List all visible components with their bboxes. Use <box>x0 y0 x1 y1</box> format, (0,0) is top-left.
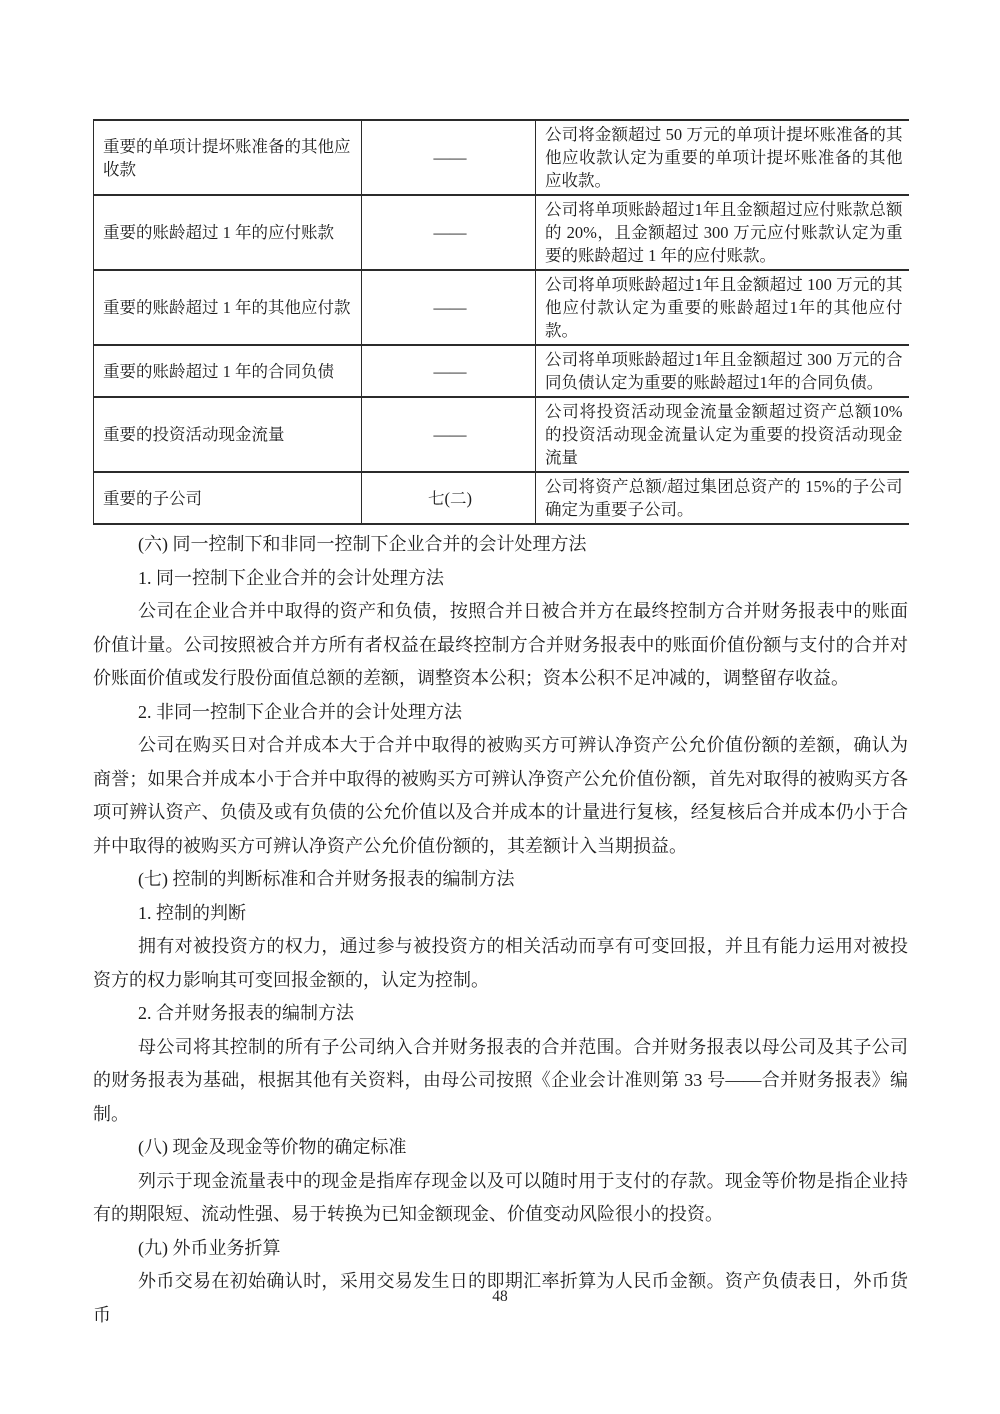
section-heading: (九) 外币业务折算 <box>93 1232 908 1266</box>
paragraph: 列示于现金流量表中的现金是指库存现金以及可以随时用于支付的存款。现金等价物是指企… <box>93 1165 908 1232</box>
table-cell-item: 重要的投资活动现金流量 <box>94 397 362 472</box>
table-row: 重要的投资活动现金流量 —— 公司将投资活动现金流量金额超过资产总额10%的投资… <box>94 397 909 472</box>
paragraph: 公司在企业合并中取得的资产和负债，按照合并日被合并方在最终控制方合并财务报表中的… <box>93 595 908 696</box>
body-text: (六) 同一控制下和非同一控制下企业合并的会计处理方法 1. 同一控制下企业合并… <box>93 528 908 1332</box>
table-cell-reference: —— <box>362 397 536 472</box>
document-page-content: 重要的单项计提坏账准备的其他应收款 —— 公司将金额超过 50 万元的单项计提坏… <box>93 119 908 1332</box>
table-cell-item: 重要的子公司 <box>94 472 362 524</box>
page-number: 48 <box>0 1288 1000 1306</box>
table-row: 重要的账龄超过 1 年的其他应付款 —— 公司将单项账龄超过1年且金额超过 10… <box>94 270 909 345</box>
section-heading: (六) 同一控制下和非同一控制下企业合并的会计处理方法 <box>93 528 908 562</box>
subsection-heading: 2. 非同一控制下企业合并的会计处理方法 <box>93 696 908 730</box>
table-row: 重要的账龄超过 1 年的合同负债 —— 公司将单项账龄超过1年且金额超过 300… <box>94 345 909 397</box>
table-cell-criteria: 公司将金额超过 50 万元的单项计提坏账准备的其他应收款认定为重要的单项计提坏账… <box>536 120 909 195</box>
paragraph: 母公司将其控制的所有子公司纳入合并财务报表的合并范围。合并财务报表以母公司及其子… <box>93 1031 908 1132</box>
table-cell-item: 重要的单项计提坏账准备的其他应收款 <box>94 120 362 195</box>
significance-criteria-table: 重要的单项计提坏账准备的其他应收款 —— 公司将金额超过 50 万元的单项计提坏… <box>93 119 909 525</box>
subsection-heading: 2. 合并财务报表的编制方法 <box>93 997 908 1031</box>
section-heading: (七) 控制的判断标准和合并财务报表的编制方法 <box>93 863 908 897</box>
table-cell-criteria: 公司将单项账龄超过1年且金额超过应付账款总额的 20%，且金额超过 300 万元… <box>536 195 909 270</box>
table-cell-reference: —— <box>362 270 536 345</box>
subsection-heading: 1. 同一控制下企业合并的会计处理方法 <box>93 562 908 596</box>
table-cell-criteria: 公司将资产总额/超过集团总资产的 15%的子公司确定为重要子公司。 <box>536 472 909 524</box>
table-cell-item: 重要的账龄超过 1 年的其他应付款 <box>94 270 362 345</box>
table-cell-item: 重要的账龄超过 1 年的合同负债 <box>94 345 362 397</box>
table-cell-reference: —— <box>362 120 536 195</box>
table-row: 重要的单项计提坏账准备的其他应收款 —— 公司将金额超过 50 万元的单项计提坏… <box>94 120 909 195</box>
table-row: 重要的子公司 七(二) 公司将资产总额/超过集团总资产的 15%的子公司确定为重… <box>94 472 909 524</box>
table-cell-reference: 七(二) <box>362 472 536 524</box>
paragraph: 拥有对被投资方的权力，通过参与被投资方的相关活动而享有可变回报，并且有能力运用对… <box>93 930 908 997</box>
table-cell-reference: —— <box>362 195 536 270</box>
subsection-heading: 1. 控制的判断 <box>93 897 908 931</box>
paragraph: 公司在购买日对合并成本大于合并中取得的被购买方可辨认净资产公允价值份额的差额，确… <box>93 729 908 863</box>
table-cell-criteria: 公司将单项账龄超过1年且金额超过 100 万元的其他应付款认定为重要的账龄超过1… <box>536 270 909 345</box>
table-cell-criteria: 公司将单项账龄超过1年且金额超过 300 万元的合同负债认定为重要的账龄超过1年… <box>536 345 909 397</box>
section-heading: (八) 现金及现金等价物的确定标准 <box>93 1131 908 1165</box>
table-cell-reference: —— <box>362 345 536 397</box>
table-cell-criteria: 公司将投资活动现金流量金额超过资产总额10%的投资活动现金流量认定为重要的投资活… <box>536 397 909 472</box>
table-cell-item: 重要的账龄超过 1 年的应付账款 <box>94 195 362 270</box>
table-row: 重要的账龄超过 1 年的应付账款 —— 公司将单项账龄超过1年且金额超过应付账款… <box>94 195 909 270</box>
